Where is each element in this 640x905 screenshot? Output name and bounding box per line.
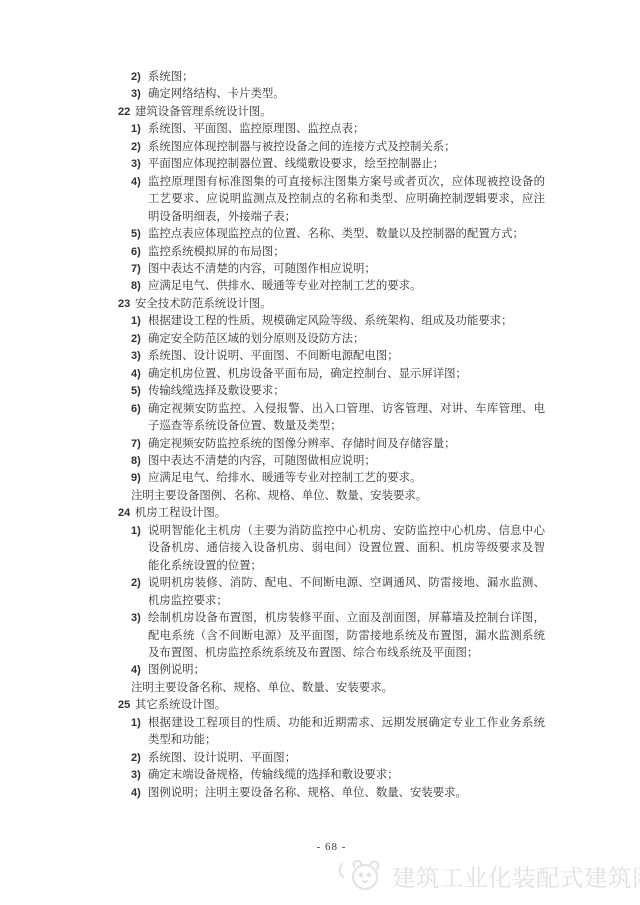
item-text: 确定安全防范区域的划分原则及设防方法；: [148, 331, 545, 348]
list-item: 7)图中表达不清楚的内容，可随图作相应说明；: [118, 261, 545, 278]
item-text: 应满足电气、给排水、暖通等专业对控制工艺的要求。: [148, 470, 545, 487]
list-item: 3)确定网络结构、卡片类型。: [118, 86, 545, 103]
item-number: 6): [131, 244, 148, 261]
item-text: 安全技术防范系统设计图。: [135, 296, 545, 313]
list-item: 4)确定机房位置、机房设备平面布局，确定控制台、显示屏详图；: [118, 366, 545, 383]
item-text: 绘制机房设备布置图，机房装修平面、立面及剖面图，屏幕墙及控制台详图，配电系统（含…: [148, 610, 545, 662]
item-text: 确定机房位置、机房设备平面布局，确定控制台、显示屏详图；: [148, 366, 545, 383]
item-number: 8): [131, 453, 148, 470]
list-item: 8)应满足电气、供排水、暖通等专业对控制工艺的要求。: [118, 278, 545, 295]
item-text: 图中表达不清楚的内容，可随图做相应说明；: [148, 453, 545, 470]
list-item: 5)传输线缆选择及敷设要求；: [118, 383, 545, 400]
list-item: 2)系统图、设计说明、平面图；: [118, 750, 545, 767]
list-item: 3)绘制机房设备布置图，机房装修平面、立面及剖面图，屏幕墙及控制台详图，配电系统…: [118, 610, 545, 662]
section-heading: 23安全技术防范系统设计图。: [118, 296, 545, 313]
item-text: 应满足电气、供排水、暖通等专业对控制工艺的要求。: [148, 278, 545, 295]
item-number: 2): [131, 139, 148, 156]
item-text: 根据建设工程项目的性质、功能和近期需求、远期发展确定专业工作业务系统类型和功能；: [148, 715, 545, 750]
item-number: 2): [131, 575, 148, 610]
item-number: 3): [131, 767, 148, 784]
item-number: 6): [131, 401, 148, 436]
list-item: 6)监控系统模拟屏的布局图；: [118, 244, 545, 261]
section-heading: 25其它系统设计图。: [118, 697, 545, 714]
item-text: 图中表达不清楚的内容，可随图作相应说明；: [148, 261, 545, 278]
item-text: 注明主要设备名称、规格、单位、数量、安装要求。: [131, 680, 545, 697]
item-text: 系统图；: [148, 69, 545, 86]
item-text: 确定视频安防监控、入侵报警、出入口管理、访客管理、对讲、车库管理、电子巡查等系统…: [148, 401, 545, 436]
item-text: 监控原理图有标准图集的可直接标注图集方案号或者页次，应体现被控设备的工艺要求、应…: [148, 174, 545, 226]
watermark-logo-icon: [336, 854, 388, 898]
item-number: 9): [131, 470, 148, 487]
item-text: 图例说明；注明主要设备名称、规格、单位、数量、安装要求。: [148, 785, 545, 802]
item-number: 7): [131, 436, 148, 453]
item-text: 确定末端设备规格，传输线缆的选择和敷设要求；: [148, 767, 545, 784]
item-number: 3): [131, 348, 148, 365]
list-item: 1)根据建设工程项目的性质、功能和近期需求、远期发展确定专业工作业务系统类型和功…: [118, 715, 545, 750]
list-item: 8)图中表达不清楚的内容，可随图做相应说明；: [118, 453, 545, 470]
item-number: 24: [118, 505, 135, 522]
item-text: 系统图、平面图、监控原理图、监控点表；: [148, 121, 545, 138]
list-item: 2)系统图；: [118, 69, 545, 86]
document-content: 2)系统图；3)确定网络结构、卡片类型。22建筑设备管理系统设计图。1)系统图、…: [118, 69, 545, 802]
item-number: 1): [131, 523, 148, 575]
item-number: 1): [131, 715, 148, 750]
item-number: 5): [131, 383, 148, 400]
item-number: 7): [131, 261, 148, 278]
item-text: 系统图应体现控制器与被控设备之间的连接方式及控制关系；: [148, 139, 545, 156]
item-number: 3): [131, 610, 148, 662]
list-item: 1)系统图、平面图、监控原理图、监控点表；: [118, 121, 545, 138]
item-number: 1): [131, 313, 148, 330]
item-number: 4): [131, 366, 148, 383]
list-item: 4)图例说明；: [118, 662, 545, 679]
item-text: 传输线缆选择及敷设要求；: [148, 383, 545, 400]
item-number: 8): [131, 278, 148, 295]
item-number: 5): [131, 226, 148, 243]
item-number: 3): [131, 86, 148, 103]
item-number: 3): [131, 156, 148, 173]
item-text: 确定视频安防监控系统的图像分辨率、存储时间及存储容量；: [148, 436, 545, 453]
item-text: 说明智能化主机房（主要为消防监控中心机房、安防监控中心机房、信息中心设备机房、通…: [148, 523, 545, 575]
item-text: 建筑设备管理系统设计图。: [135, 104, 545, 121]
list-item: 2)系统图应体现控制器与被控设备之间的连接方式及控制关系；: [118, 139, 545, 156]
item-number: 4): [131, 174, 148, 226]
item-text: 系统图、设计说明、平面图；: [148, 750, 545, 767]
list-item: 7)确定视频安防监控系统的图像分辨率、存储时间及存储容量；: [118, 436, 545, 453]
item-number: 2): [131, 331, 148, 348]
document-page: 2)系统图；3)确定网络结构、卡片类型。22建筑设备管理系统设计图。1)系统图、…: [0, 0, 640, 905]
item-number: 1): [131, 121, 148, 138]
item-number: 2): [131, 69, 148, 86]
item-text: 监控点表应体现监控点的位置、名称、类型、数量以及控制器的配置方式；: [148, 226, 545, 243]
page-number: - 68 -: [118, 841, 545, 853]
note-line: 注明主要设备图例、名称、规格、单位、数量、安装要求。: [118, 488, 545, 505]
item-text: 根据建设工程的性质、规模确定风险等级、系统架构、组成及功能要求；: [148, 313, 545, 330]
item-text: 说明机房装修、消防、配电、不间断电源、空调通风、防雷接地、漏水监测、机房监控要求…: [148, 575, 545, 610]
watermark-text: 建筑工业化装配式建筑网: [392, 859, 640, 893]
list-item: 4)监控原理图有标准图集的可直接标注图集方案号或者页次，应体现被控设备的工艺要求…: [118, 174, 545, 226]
list-item: 6)确定视频安防监控、入侵报警、出入口管理、访客管理、对讲、车库管理、电子巡查等…: [118, 401, 545, 436]
list-item: 4)图例说明；注明主要设备名称、规格、单位、数量、安装要求。: [118, 785, 545, 802]
list-item: 2)说明机房装修、消防、配电、不间断电源、空调通风、防雷接地、漏水监测、机房监控…: [118, 575, 545, 610]
item-number: 23: [118, 296, 135, 313]
note-line: 注明主要设备名称、规格、单位、数量、安装要求。: [118, 680, 545, 697]
watermark: 建筑工业化装配式建筑网: [336, 854, 640, 898]
item-number: 22: [118, 104, 135, 121]
item-number: 4): [131, 662, 148, 679]
item-text: 系统图、设计说明、平面图、不间断电源配电图；: [148, 348, 545, 365]
item-text: 图例说明；: [148, 662, 545, 679]
item-number: 25: [118, 697, 135, 714]
item-text: 确定网络结构、卡片类型。: [148, 86, 545, 103]
item-number: 2): [131, 750, 148, 767]
item-text: 注明主要设备图例、名称、规格、单位、数量、安装要求。: [131, 488, 545, 505]
list-item: 1)根据建设工程的性质、规模确定风险等级、系统架构、组成及功能要求；: [118, 313, 545, 330]
item-number: 4): [131, 785, 148, 802]
list-item: 3)平面图应体现控制器位置、线缆敷设要求，绘至控制器止；: [118, 156, 545, 173]
list-item: 5)监控点表应体现监控点的位置、名称、类型、数量以及控制器的配置方式；: [118, 226, 545, 243]
item-text: 机房工程设计图。: [135, 505, 545, 522]
list-item: 1)说明智能化主机房（主要为消防监控中心机房、安防监控中心机房、信息中心设备机房…: [118, 523, 545, 575]
item-text: 其它系统设计图。: [135, 697, 545, 714]
section-heading: 22建筑设备管理系统设计图。: [118, 104, 545, 121]
list-item: 3)确定末端设备规格，传输线缆的选择和敷设要求；: [118, 767, 545, 784]
list-item: 9)应满足电气、给排水、暖通等专业对控制工艺的要求。: [118, 470, 545, 487]
item-text: 监控系统模拟屏的布局图；: [148, 244, 545, 261]
list-item: 3)系统图、设计说明、平面图、不间断电源配电图；: [118, 348, 545, 365]
section-heading: 24机房工程设计图。: [118, 505, 545, 522]
list-item: 2)确定安全防范区域的划分原则及设防方法；: [118, 331, 545, 348]
item-text: 平面图应体现控制器位置、线缆敷设要求，绘至控制器止；: [148, 156, 545, 173]
